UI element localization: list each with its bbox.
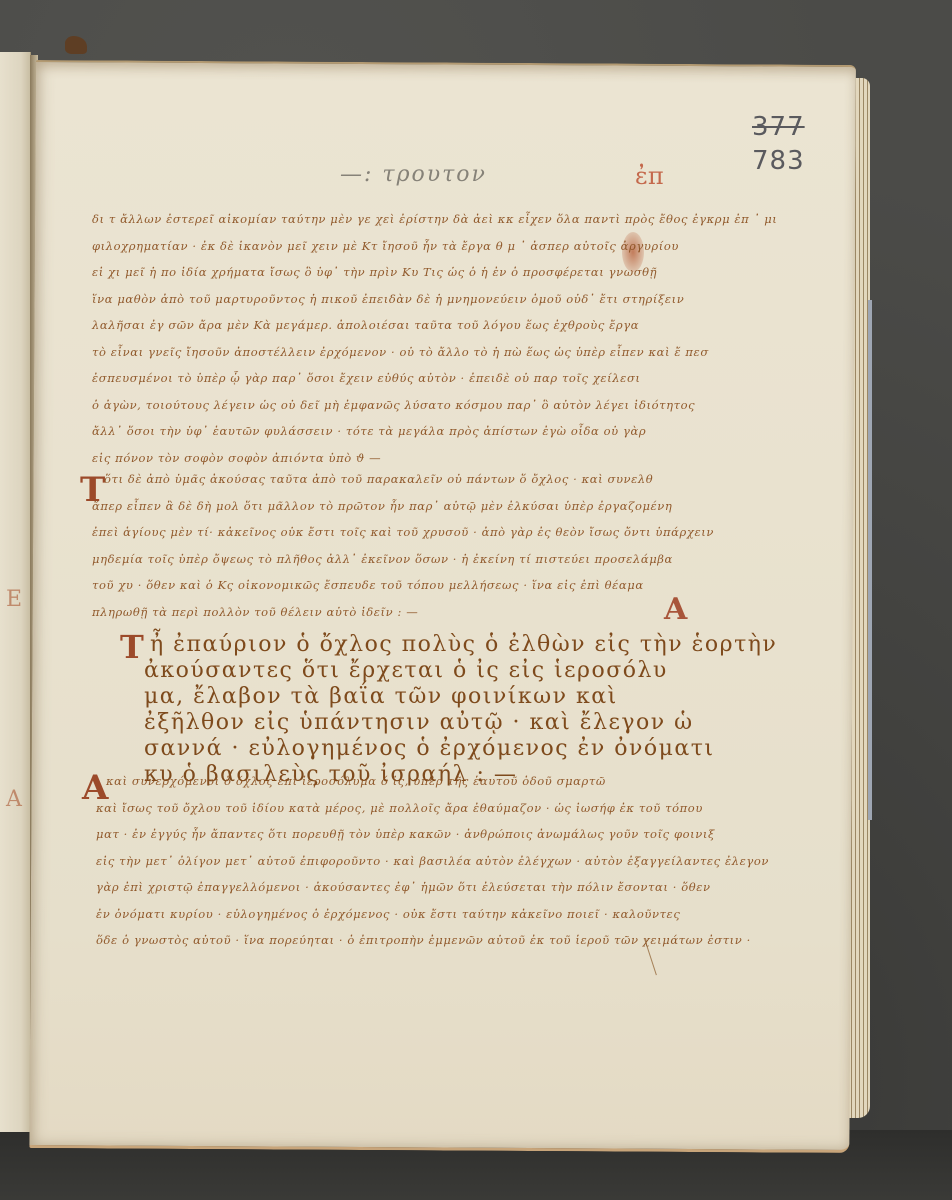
text-line: ἐσπευσμένοι τὸ ὑπὲρ ᾧ γὰρ παρ᾿ ὅσοι ἔχει… (92, 365, 777, 392)
lection-line: σαννά · εὐλογημένος ὁ ἐρχόμενος ἐν ὀνόμα… (144, 736, 777, 762)
facing-rubric-mark: Ε (6, 587, 22, 612)
old-folio-number: 377 (752, 110, 805, 144)
text-line: τοῦ χυ · ὅθεν καὶ ὁ Κς οἰκονομικῶς ἔσπευ… (92, 572, 714, 599)
page-edge-tab (868, 300, 872, 820)
facing-rubric-mark: Α (6, 787, 22, 812)
text-line: τὸ εἶναι γνεῖς ἴησοῦν ἀποστέλλειν ἐρχόμε… (92, 339, 777, 366)
folio-number: 377 783 (752, 110, 805, 178)
margin-rubric-letter: Α (664, 592, 687, 627)
text-line: ματ · ἐν ἐγγύς ἦν ἄπαντες ὅτι πορευθῇ τὸ… (96, 821, 769, 848)
lection-line: ἐξῆλθον εἰς ὑπάντησιν αὐτῷ · καὶ ἔλεγον … (144, 710, 777, 736)
text-line: ἐπεὶ ἁγίους μὲν τί· κἀκεῖνος οὐκ ἔστι το… (92, 519, 714, 546)
text-line: ὁ ἀγὼν, τοιούτους λέγειν ὡς οὐ δεῖ μὴ ἐμ… (92, 392, 777, 419)
text-line: εἰς τὴν μετ᾿ ὀλίγον μετ᾿ αὐτοῦ ἐπιφοροῦν… (96, 848, 769, 875)
text-line: ἄλλ᾿ ὅσοι τὴν ὑφ᾿ ἑαυτῶν φυλάσσειν · τότ… (92, 418, 777, 445)
text-line: λαλῆσαι ἐγ σῶν ἄρα μὲν Κὰ μεγάμερ. ἀπολο… (92, 312, 777, 339)
lection-line: μα, ἔλαβον τὰ βαΐα τῶν φοινίκων καὶ (144, 684, 777, 710)
page-heading: —: τρουτον (340, 162, 487, 187)
text-line: γὰρ ἐπὶ χριστῷ ἐπαγγελλόμενοι · ἀκούσαντ… (96, 874, 769, 901)
text-line: ἐν ὀνόματι κυρίου · εὐλογημένος ὁ ἐρχόμε… (96, 901, 769, 928)
lection-block: ἦ ἐπαύριον ὁ ὄχλος πολὺς ὁ ἐλθὼν εἰς τὴν… (150, 632, 777, 788)
commentary-block-1: δι τ ἄλλων ἐστερεῖ αἰκομίαν ταύτην μὲν γ… (92, 206, 777, 471)
text-line: εἰ χι μεῖ ἡ πο ἰδία χρήματα ἴσως ὃ ὑφ᾿ τ… (92, 259, 777, 286)
text-line: καὶ ἴσως τοῦ ὄχλου τοῦ ἰδίου κατὰ μέρος,… (96, 795, 769, 822)
rubric-mark: ἐπ (635, 162, 664, 190)
torn-corner (65, 36, 87, 54)
new-folio-number: 783 (752, 146, 805, 176)
text-line: καὶ συνερχόμενοι ὁ ὄχλος ἐπὶ ἱεροσόλυμα … (106, 768, 769, 795)
facing-page: Ε Α (0, 52, 31, 1132)
text-line: φιλοχρηματίαν · ἐκ δὲ ἰκανὸν μεῖ χειν μὲ… (92, 233, 777, 260)
commentary-block-3: καὶ συνερχόμενοι ὁ ὄχλος ἐπὶ ἱεροσόλυμα … (106, 768, 769, 954)
text-line: ἅπερ εἶπεν ἃ δὲ δὴ μολ ὅτι μᾶλλον τὸ πρῶ… (92, 493, 714, 520)
text-line: δι τ ἄλλων ἐστερεῖ αἰκομίαν ταύτην μὲν γ… (92, 206, 777, 233)
commentary-block-2: ὅτι δὲ ἀπὸ ὑμᾶς ἀκούσας ταῦτα ἀπὸ τοῦ πα… (104, 466, 714, 625)
text-line: μηδεμία τοῖς ὑπὲρ ὄψεως τὸ πλῆθος ἀλλ᾿ ἐ… (92, 546, 714, 573)
lection-initial: Τ (120, 628, 144, 666)
text-line: πληρωθῇ τὰ περὶ πολλὸν τοῦ θέλειν αὐτὸ ἰ… (92, 599, 714, 626)
lection-line: ἀκούσαντες ὅτι ἔρχεται ὁ ἰς εἰς ἱεροσόλυ (144, 658, 777, 684)
text-line: ἵνα μαθὸν ἀπὸ τοῦ μαρτυροῦντος ἡ πικοῦ ἐ… (92, 286, 777, 313)
lection-line: ἦ ἐπαύριον ὁ ὄχλος πολὺς ὁ ἐλθὼν εἰς τὴν… (150, 632, 777, 658)
text-line: ὅτι δὲ ἀπὸ ὑμᾶς ἀκούσας ταῦτα ἀπὸ τοῦ πα… (104, 466, 714, 493)
text-line: ὅδε ὁ γνωστὸς αὐτοῦ · ἵνα πορεύηται · ὁ … (96, 927, 769, 954)
